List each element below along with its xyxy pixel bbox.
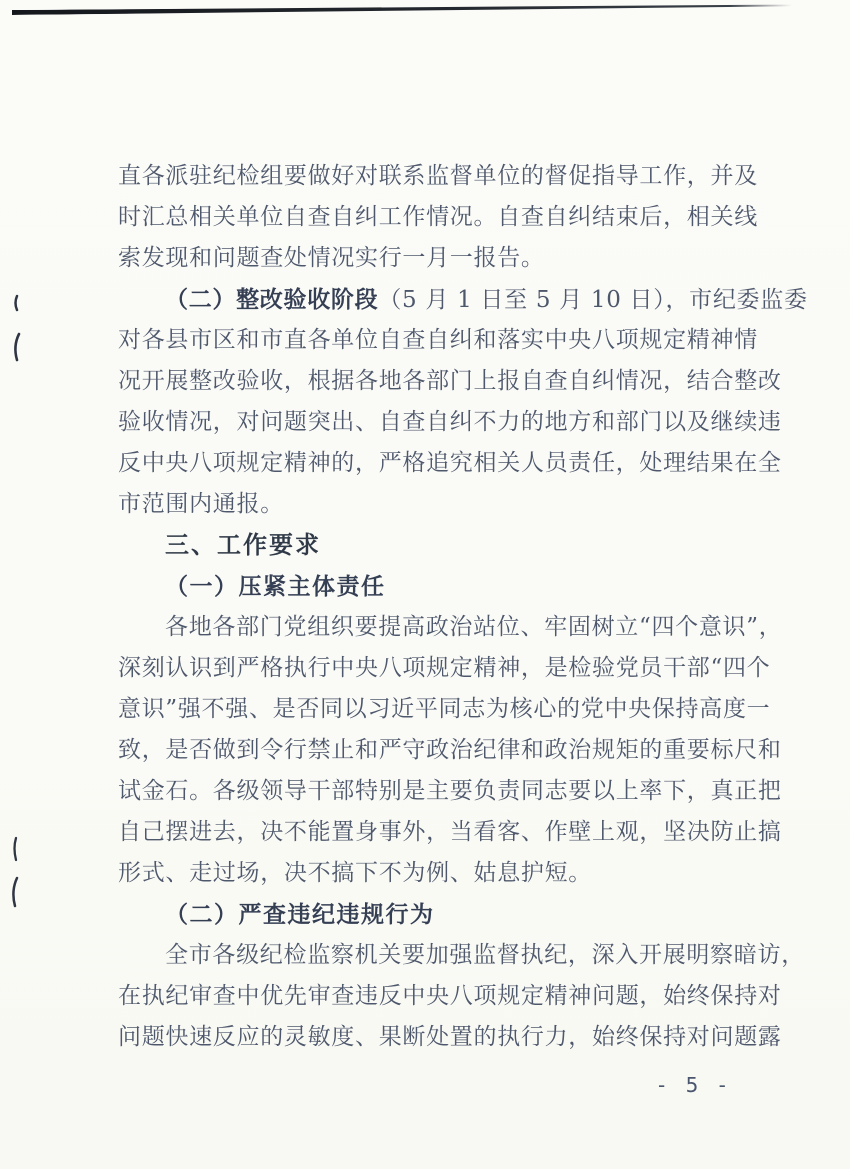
text-segment: 在执纪审查中优先审查违反中央八项规定精神问题，始终保持对: [118, 983, 782, 1009]
text-line: 问题快速反应的灵敏度、果断处置的执行力，始终保持对问题露: [118, 1017, 758, 1058]
binding-marks: [0, 0, 40, 1169]
text-segment: 试金石。各级领导干部特别是主要负责同志要以上率下，真正把: [118, 778, 782, 804]
text-segment: 索发现和问题查处情况实行一月一报告。: [118, 245, 545, 271]
document-body: 直各派驻纪检组要做好对联系监督单位的督促指导工作，并及时汇总相关单位自查自纠工作…: [118, 156, 758, 1058]
text-segment: （二）整改验收阶段: [165, 286, 378, 313]
text-segment: 形式、走过场，决不搞下不为例、姑息护短。: [118, 860, 592, 886]
text-line: 索发现和问题查处情况实行一月一报告。: [118, 238, 758, 279]
text-line: 市范围内通报。: [118, 484, 758, 525]
text-segment: （一）压紧主体责任: [165, 573, 386, 600]
text-segment: 深刻认识到严格执行中央八项规定精神，是检验党员干部“四个: [118, 655, 770, 681]
text-segment: 意识”强不强、是否同以习近平同志为核心的党中央保持高度一: [118, 696, 770, 722]
text-segment: 问题快速反应的灵敏度、果断处置的执行力，始终保持对问题露: [118, 1024, 782, 1050]
text-line: （二）整改验收阶段（5 月 1 日至 5 月 10 日），市纪委监委: [118, 279, 758, 320]
text-line: 各地各部门党组织要提高政治站位、牢固树立“四个意识”，: [118, 607, 758, 648]
text-segment: 各地各部门党组织要提高政治站位、牢固树立“四个意识”，: [165, 614, 782, 640]
text-line: 意识”强不强、是否同以习近平同志为核心的党中央保持高度一: [118, 689, 758, 730]
text-line: 时汇总相关单位自查自纠工作情况。自查自纠结束后，相关线: [118, 197, 758, 238]
text-line: 深刻认识到严格执行中央八项规定精神，是检验党员干部“四个: [118, 648, 758, 689]
text-segment: 对各县市区和市直各单位自查自纠和落实中央八项规定精神情: [118, 327, 758, 353]
text-segment: 反中央八项规定精神的，严格追究相关人员责任，处理结果在全: [118, 450, 782, 476]
text-line: 在执纪审查中优先审查违反中央八项规定精神问题，始终保持对: [118, 976, 758, 1017]
scan-edge-artifact: [12, 3, 792, 15]
text-line: 验收情况，对问题突出、自查自纠不力的地方和部门以及继续违: [118, 402, 758, 443]
page-number: - 5 -: [658, 1073, 733, 1097]
text-segment: 三、工作要求: [165, 531, 321, 559]
text-segment: （二）严查违纪违规行为: [165, 901, 435, 928]
text-segment: 验收情况，对问题突出、自查自纠不力的地方和部门以及继续违: [118, 409, 782, 435]
text-line: 试金石。各级领导干部特别是主要负责同志要以上率下，真正把: [118, 771, 758, 812]
text-line: 形式、走过场，决不搞下不为例、姑息护短。: [118, 853, 758, 894]
text-segment: （5 月 1 日至 5 月 10 日），市纪委监委: [378, 287, 807, 313]
text-line: 直各派驻纪检组要做好对联系监督单位的督促指导工作，并及: [118, 156, 758, 197]
text-segment: 市范围内通报。: [118, 491, 284, 517]
text-line: 自己摆进去，决不能置身事外，当看客、作壁上观，坚决防止搞: [118, 812, 758, 853]
text-line: 反中央八项规定精神的，严格追究相关人员责任，处理结果在全: [118, 443, 758, 484]
scanned-document-page: 直各派驻纪检组要做好对联系监督单位的督促指导工作，并及时汇总相关单位自查自纠工作…: [0, 0, 850, 1169]
section-heading: 三、工作要求: [118, 525, 758, 566]
text-segment: 致，是否做到令行禁止和严守政治纪律和政治规矩的重要标尺和: [118, 737, 782, 763]
text-line: 致，是否做到令行禁止和严守政治纪律和政治规矩的重要标尺和: [118, 730, 758, 771]
text-segment: 时汇总相关单位自查自纠工作情况。自查自纠结束后，相关线: [118, 204, 758, 230]
sub-heading: （二）严查违纪违规行为: [118, 894, 758, 935]
text-segment: 自己摆进去，决不能置身事外，当看客、作壁上观，坚决防止搞: [118, 819, 782, 845]
text-line: 况开展整改验收，根据各地各部门上报自查自纠情况，结合整改: [118, 361, 758, 402]
text-segment: 直各派驻纪检组要做好对联系监督单位的督促指导工作，并及: [118, 163, 758, 189]
text-segment: 况开展整改验收，根据各地各部门上报自查自纠情况，结合整改: [118, 368, 782, 394]
text-line: 全市各级纪检监察机关要加强监督执纪，深入开展明察暗访，: [118, 935, 758, 976]
sub-heading: （一）压紧主体责任: [118, 566, 758, 607]
text-segment: 全市各级纪检监察机关要加强监督执纪，深入开展明察暗访，: [165, 942, 805, 968]
text-line: 对各县市区和市直各单位自查自纠和落实中央八项规定精神情: [118, 320, 758, 361]
